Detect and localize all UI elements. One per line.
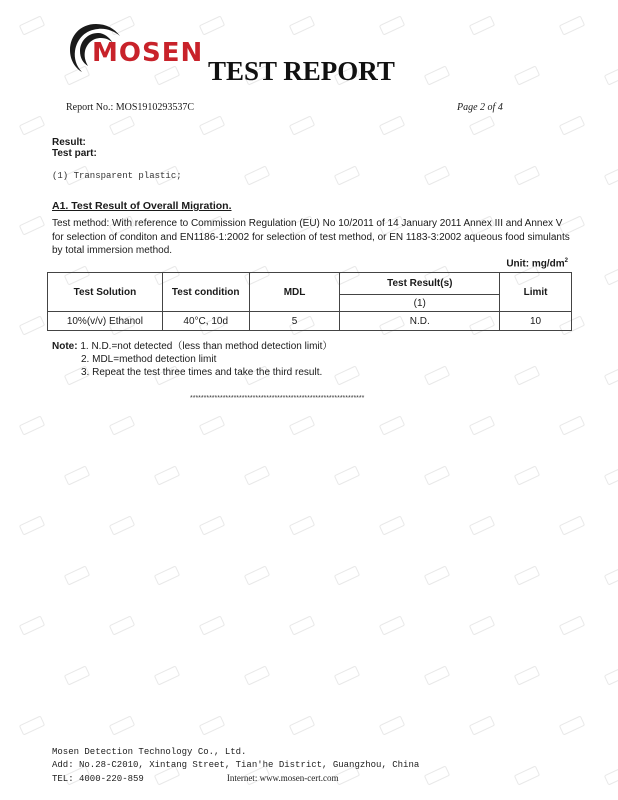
cell-condition: 40°C, 10d (162, 312, 249, 331)
company-tel: TEL: 4000-220-859 (52, 774, 144, 784)
header-mdl: MDL (249, 273, 340, 312)
end-of-section-marker: ****************************************… (190, 395, 364, 402)
page-title: TEST REPORT (208, 56, 395, 87)
unit-superscript: 2 (565, 258, 568, 264)
cell-mdl: 5 (249, 312, 340, 331)
company-website[interactable]: Internet: www.mosen-cert.com (227, 773, 339, 783)
test-part-label: Test part: (52, 148, 97, 159)
test-part-item: (1) Transparent plastic; (52, 171, 182, 181)
table-row: 10%(v/v) Ethanol 40°C, 10d 5 N.D. 10 (48, 312, 572, 331)
note-label: Note: (52, 341, 78, 352)
company-address: Add: No.28-C2010, Xintang Street, Tian'h… (52, 759, 419, 772)
header-test-condition: Test condition (162, 273, 249, 312)
header-test-solution: Test Solution (48, 273, 163, 312)
brand-name: MOSEN (92, 38, 203, 68)
report-number: Report No.: MOS1910293537C (66, 102, 194, 113)
company-name: Mosen Detection Technology Co., Ltd. (52, 746, 419, 759)
section-title: A1. Test Result of Overall Migration. (52, 200, 232, 212)
cell-limit: 10 (500, 312, 572, 331)
cell-solution: 10%(v/v) Ethanol (48, 312, 163, 331)
footer: Mosen Detection Technology Co., Ltd. Add… (52, 746, 419, 786)
report-page: MOSEN TEST REPORT Report No.: MOS1910293… (0, 0, 618, 800)
page-number: Page 2 of 4 (457, 102, 503, 113)
note-item: 3. Repeat the test three times and take … (52, 366, 332, 379)
results-table: Test Solution Test condition MDL Test Re… (47, 272, 572, 331)
unit-label: Unit: mg/dm2 (506, 258, 568, 269)
test-method-text: Test method: With reference to Commissio… (52, 217, 572, 258)
note-item: 2. MDL=method detection limit (52, 353, 332, 366)
header-test-results: Test Result(s) (340, 273, 500, 295)
result-label: Result: (52, 137, 86, 148)
notes: Note: 1. N.D.=not detected（less than met… (52, 340, 332, 379)
company-logo: MOSEN (66, 18, 196, 78)
header-result-sub: (1) (340, 295, 500, 312)
unit-text: Unit: mg/dm (506, 258, 564, 269)
note-item: 1. N.D.=not detected（less than method de… (80, 341, 332, 352)
cell-result: N.D. (340, 312, 500, 331)
header-limit: Limit (500, 273, 572, 312)
